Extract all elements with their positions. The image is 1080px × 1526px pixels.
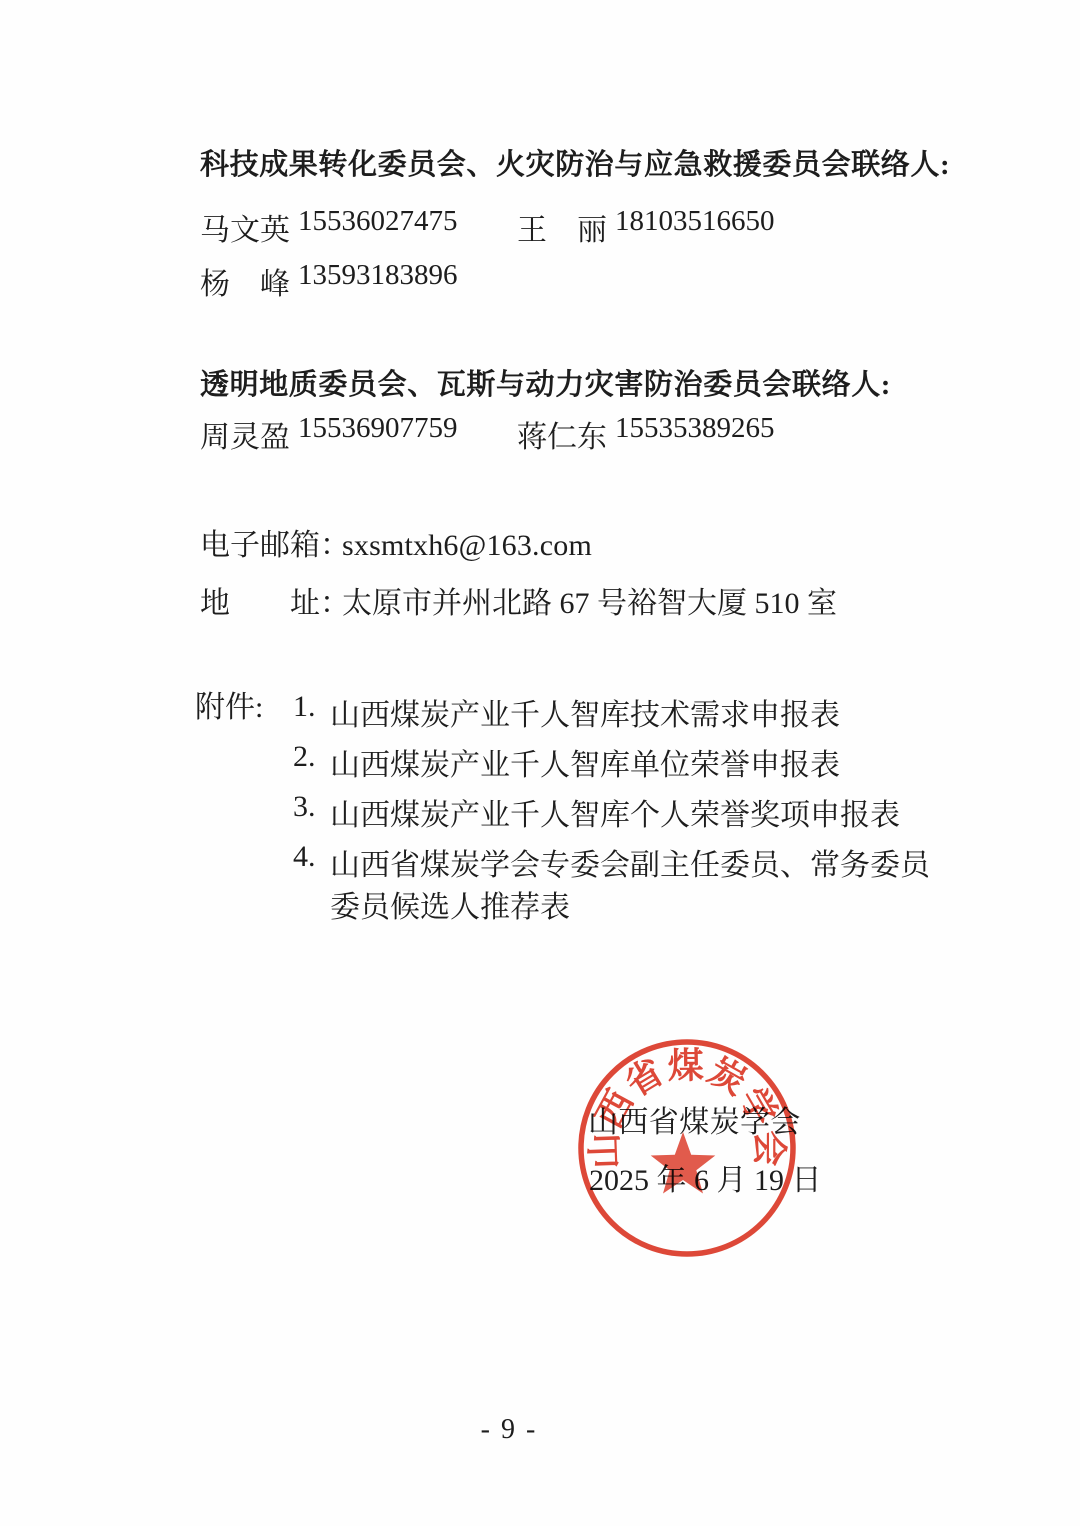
attachment-text: 山西煤炭产业千人智库单位荣誉申报表 bbox=[330, 740, 840, 784]
attachment-item-1: 1. 山西煤炭产业千人智库技术需求申报表 bbox=[293, 690, 840, 734]
contact-phone: 13593183896 bbox=[298, 259, 517, 303]
email-line: 电子邮箱： sxsmtxh6@163.com bbox=[200, 528, 592, 564]
seal-ring-circle bbox=[581, 1042, 793, 1254]
document-page: 科技成果转化委员会、火灾防治与应急救援委员会联络人: 马文英 155360274… bbox=[0, 0, 1080, 1526]
address-label: 地 址： bbox=[200, 586, 338, 622]
section1-contact-row-1: 马文英 15536027475 王 丽 18103516650 bbox=[200, 205, 775, 249]
section1-heading: 科技成果转化委员会、火灾防治与应急救援委员会联络人: bbox=[200, 148, 950, 183]
attachment-number: 3. bbox=[293, 790, 330, 834]
attachment-item-3: 3. 山西煤炭产业千人智库个人荣誉奖项申报表 bbox=[293, 790, 900, 834]
official-seal-stamp: 山西省煤炭学会 bbox=[565, 1026, 810, 1271]
contact-name: 王 丽 bbox=[517, 205, 615, 249]
attachments-label: 附件: bbox=[195, 690, 263, 726]
attachment-text: 山西煤炭产业千人智库个人荣誉奖项申报表 bbox=[330, 790, 900, 834]
attachment-text: 山西省煤炭学会专委会副主任委员、常务委员 bbox=[330, 840, 930, 884]
address-line: 地 址： 太原市并州北路 67 号裕智大厦 510 室 bbox=[200, 586, 837, 622]
email-value: sxsmtxh6@163.com bbox=[342, 529, 592, 562]
attachment-item-2: 2. 山西煤炭产业千人智库单位荣誉申报表 bbox=[293, 740, 840, 784]
contact-phone: 15536027475 bbox=[298, 205, 517, 249]
contact-phone: 15535389265 bbox=[615, 412, 775, 456]
contact-name: 马文英 bbox=[200, 205, 298, 249]
attachment-number: 2. bbox=[293, 740, 330, 784]
attachment-item-4: 4. 山西省煤炭学会专委会副主任委员、常务委员 bbox=[293, 840, 930, 884]
page-number: - 9 - bbox=[481, 1413, 538, 1447]
attachment-item-4-continuation: 委员候选人推荐表 bbox=[330, 890, 570, 926]
contact-phone: 18103516650 bbox=[615, 205, 775, 249]
signature-date: 2025 年 6 月 19 日 bbox=[589, 1163, 822, 1199]
attachment-number: 4. bbox=[293, 840, 330, 884]
contact-name: 杨 峰 bbox=[200, 259, 298, 303]
contact-name: 蒋仁东 bbox=[517, 412, 615, 456]
section1-contact-row-2: 杨 峰 13593183896 bbox=[200, 259, 615, 303]
attachment-text: 山西煤炭产业千人智库技术需求申报表 bbox=[330, 690, 840, 734]
email-label: 电子邮箱： bbox=[200, 528, 338, 564]
signature-organization: 山西省煤炭学会 bbox=[588, 1105, 801, 1141]
address-value: 太原市并州北路 67 号裕智大厦 510 室 bbox=[342, 587, 837, 620]
attachment-number: 1. bbox=[293, 690, 330, 734]
contact-phone: 15536907759 bbox=[298, 412, 517, 456]
contact-name: 周灵盈 bbox=[200, 412, 298, 456]
section2-heading: 透明地质委员会、瓦斯与动力灾害防治委员会联络人: bbox=[200, 368, 891, 403]
section2-contact-row-1: 周灵盈 15536907759 蒋仁东 15535389265 bbox=[200, 412, 775, 456]
